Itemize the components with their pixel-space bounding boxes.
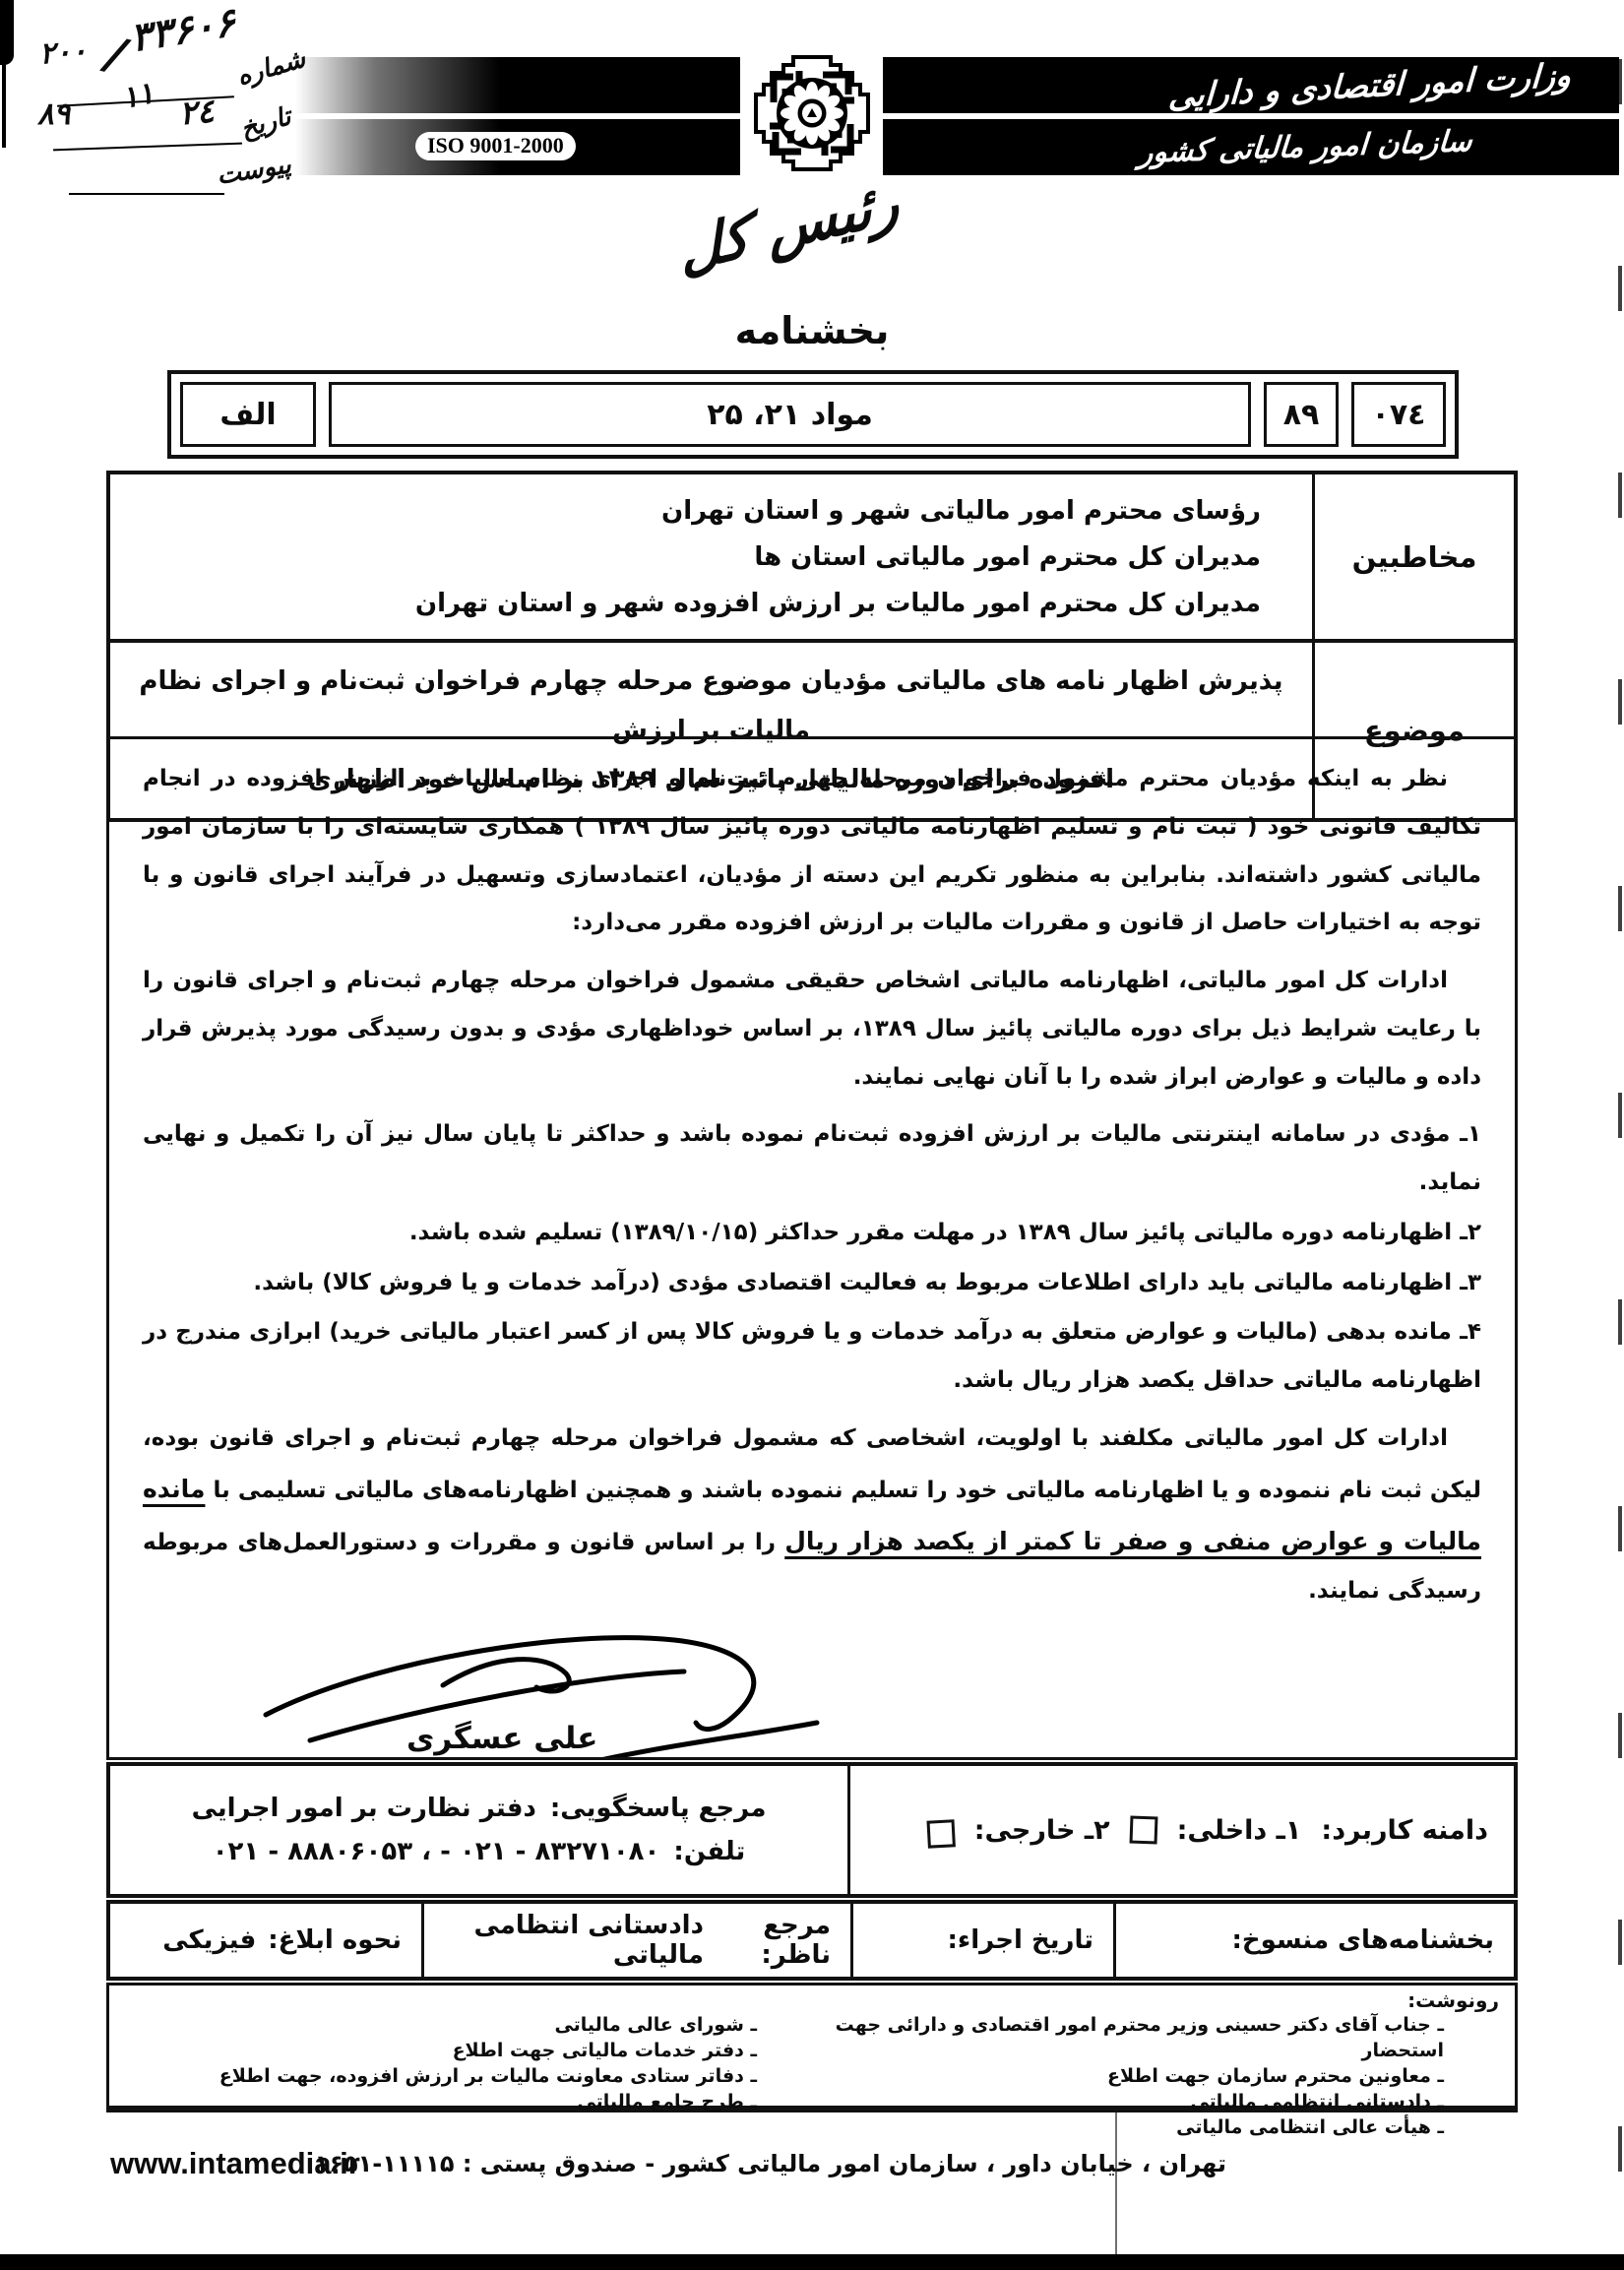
director-general-calligraphy: رئیس کل — [677, 167, 901, 285]
cc-column-right: ـ جناب آقای دکتر حسینی وزیر محترم امور ا… — [812, 2012, 1499, 2140]
iso-badge: ISO 9001-2000 — [415, 132, 576, 160]
cc-item: ـ دادستانی انتظامی مالیاتی — [812, 2089, 1471, 2114]
bottom-black-bar — [0, 2254, 1624, 2270]
scan-right-edge-artifact — [1618, 59, 1622, 2225]
handwritten-number-sub: ۲۰۰ — [38, 33, 89, 71]
phone-numbers: ۰۲۱ - ۸۸۸۰۶۰۵۳ ، - ۰۲۱ - ۸۳۲۷۱۰۸۰ — [213, 1837, 660, 1866]
header-bar-right-top: وزارت امور اقتصادی و دارایی — [883, 57, 1619, 113]
meta-table-row-1: دامنه کاربرد: ۱ـ داخلی: ۲ـ خارجی: مرجع پ… — [106, 1762, 1518, 1898]
cc-item: ـ شورای عالی مالیاتی — [125, 2012, 784, 2038]
scan-fold-line — [1115, 2112, 1117, 2260]
signature-block: علی عسگری — [241, 1624, 930, 1760]
scope-cell: دامنه کاربرد: ۱ـ داخلی: ۲ـ خارجی: — [847, 1766, 1514, 1894]
scope-external-label: ۲ـ خارجی: — [974, 1815, 1110, 1846]
body-paragraph-1: نظر به اینکه مؤدیان محترم مشمول فراخوان … — [143, 755, 1481, 947]
scan-left-edge-artifact — [2, 59, 6, 148]
handwritten-date-day: ۲٤ — [177, 92, 216, 133]
scan-corner-artifact — [0, 0, 14, 65]
document-title: بخشنامه — [0, 309, 1624, 352]
scope-label: دامنه کاربرد: — [1321, 1815, 1488, 1846]
circular-code-cell: ۰۷٤ — [1351, 382, 1446, 447]
circular-body: نظر به اینکه مؤدیان محترم مشمول فراخوان … — [106, 736, 1518, 1760]
condition-item-3: ۳ـ اظهارنامه مالیاتی باید دارای اطلاعات … — [143, 1259, 1481, 1307]
internal-checkbox — [1129, 1816, 1157, 1845]
supervisor-value: دادستانی انتظامی مالیاتی — [444, 1911, 704, 1970]
handwritten-date-year: ۸۹ — [37, 96, 70, 132]
header-bar-left-top — [295, 57, 740, 113]
audience-line: مدیران کل محترم امور مالیاتی استان ها — [130, 535, 1261, 581]
body-paragraph-3: ادارات کل امور مالیاتی مکلفند با اولویت،… — [143, 1415, 1481, 1615]
cc-item: ـ طرح جامع مالیاتی — [125, 2089, 784, 2114]
header-bar-left-bottom: ISO 9001-2000 — [295, 119, 740, 175]
cc-item: ـ هیأت عالی انتظامی مالیاتی — [812, 2114, 1471, 2140]
handwritten-date-month: ۱۱ — [119, 76, 157, 116]
external-checkbox — [926, 1819, 955, 1848]
meta-table-row-2: بخشنامه‌های منسوخ: تاریخ اجراء: مرجع ناظ… — [106, 1900, 1518, 1981]
repealed-cell: بخشنامه‌های منسوخ: — [1113, 1904, 1514, 1977]
cc-label: رونوشت: — [125, 1988, 1499, 2012]
handwritten-number-main: ۳۳۶۰۶ — [127, 0, 238, 61]
paragraph-3-prefix: ادارات کل امور مالیاتی مکلفند با اولویت،… — [143, 1425, 1481, 1503]
body-paragraph-2: ادارات کل امور مالیاتی، اظهارنامه مالیات… — [143, 957, 1481, 1101]
audience-line: رؤسای محترم امور مالیاتی شهر و استان تهر… — [130, 488, 1261, 535]
cc-item: ـ جناب آقای دکتر حسینی وزیر محترم امور ا… — [812, 2012, 1471, 2063]
delivery-cell: نحوه ابلاغ: فیزیکی — [110, 1904, 421, 1977]
audience-content: رؤسای محترم امور مالیاتی شهر و استان تهر… — [110, 474, 1312, 639]
condition-item-1: ۱ـ مؤدی در سامانه اینترنتی مالیات بر ارز… — [143, 1110, 1481, 1207]
cc-item: ـ دفاتر ستادی معاونت مالیات بر ارزش افزو… — [125, 2063, 784, 2089]
condition-item-2: ۲ـ اظهارنامه دوره مالیاتی پائیز سال ۱۳۸۹… — [143, 1209, 1481, 1257]
cc-item: ـ معاونین محترم سازمان جهت اطلاع — [812, 2063, 1471, 2089]
attachment-line — [69, 193, 224, 195]
date-label: تاریخ — [237, 101, 294, 144]
header-bar-right-bottom: سازمان امور مالیاتی کشور — [883, 119, 1619, 175]
signatory-name: علی عسگری — [406, 1707, 597, 1760]
supervisor-label: مرجع ناظر: — [716, 1911, 831, 1970]
condition-item-4: ۴ـ مانده بدهی (مالیات و عوارض متعلق به د… — [143, 1308, 1481, 1405]
audience-line: مدیران کل محترم امور مالیات بر ارزش افزو… — [130, 581, 1261, 627]
responder-cell: مرجع پاسخگویی: دفتر نظارت بر امور اجرایی… — [110, 1766, 847, 1894]
delivery-value: فیزیکی — [162, 1925, 256, 1955]
postal-address: تهران ، خیابان داور ، سازمان امور مالیات… — [315, 2150, 1226, 2177]
condition-list: ۱ـ مؤدی در سامانه اینترنتی مالیات بر ارز… — [143, 1110, 1481, 1405]
cc-column-left: ـ شورای عالی مالیاتی ـ دفتر خدمات مالیات… — [125, 2012, 812, 2140]
exec-date-label: تاریخ اجراء: — [948, 1925, 1093, 1955]
supervisor-cell: مرجع ناظر: دادستانی انتظامی مالیاتی — [421, 1904, 850, 1977]
handwritten-slash: / — [102, 27, 131, 82]
audience-label: مخاطبین — [1312, 474, 1514, 639]
phone-label: تلفن: — [673, 1837, 745, 1866]
handwritten-registration-block: ۳۳۶۰۶ / ۲۰۰ شماره ۸۹ ۱۱ ۲٤ تاریخ پیوست — [14, 6, 339, 213]
articles-cell: مواد ۲۱، ۲۵ — [329, 382, 1251, 447]
cc-item: ـ دفتر خدمات مالیاتی جهت اطلاع — [125, 2038, 784, 2063]
date-line — [53, 143, 242, 152]
classification-row: ۰۷٤ ۸۹ مواد ۲۱، ۲۵ الف — [167, 370, 1459, 459]
delivery-label: نحوه ابلاغ: — [268, 1925, 402, 1955]
audience-row: مخاطبین رؤسای محترم امور مالیاتی شهر و ا… — [110, 474, 1514, 643]
ministry-calligraphy: وزارت امور اقتصادی و دارایی — [1168, 55, 1573, 115]
responder-value: دفتر نظارت بر امور اجرایی — [192, 1794, 536, 1823]
category-cell: الف — [180, 382, 316, 447]
scanned-circular-page: ۳۳۶۰۶ / ۲۰۰ شماره ۸۹ ۱۱ ۲٤ تاریخ پیوست I… — [0, 0, 1624, 2270]
organization-calligraphy: سازمان امور مالیاتی کشور — [1138, 124, 1473, 170]
circular-year-cell: ۸۹ — [1264, 382, 1339, 447]
responder-label: مرجع پاسخگویی: — [550, 1794, 767, 1823]
repealed-label: بخشنامه‌های منسوخ: — [1232, 1925, 1494, 1955]
attachment-label: پیوست — [215, 150, 293, 190]
scope-internal-label: ۱ـ داخلی: — [1177, 1815, 1302, 1846]
tax-organization-emblem-icon — [750, 51, 874, 175]
exec-date-cell: تاریخ اجراء: — [850, 1904, 1113, 1977]
cc-box: رونوشت: ـ جناب آقای دکتر حسینی وزیر محتر… — [106, 1983, 1518, 2112]
